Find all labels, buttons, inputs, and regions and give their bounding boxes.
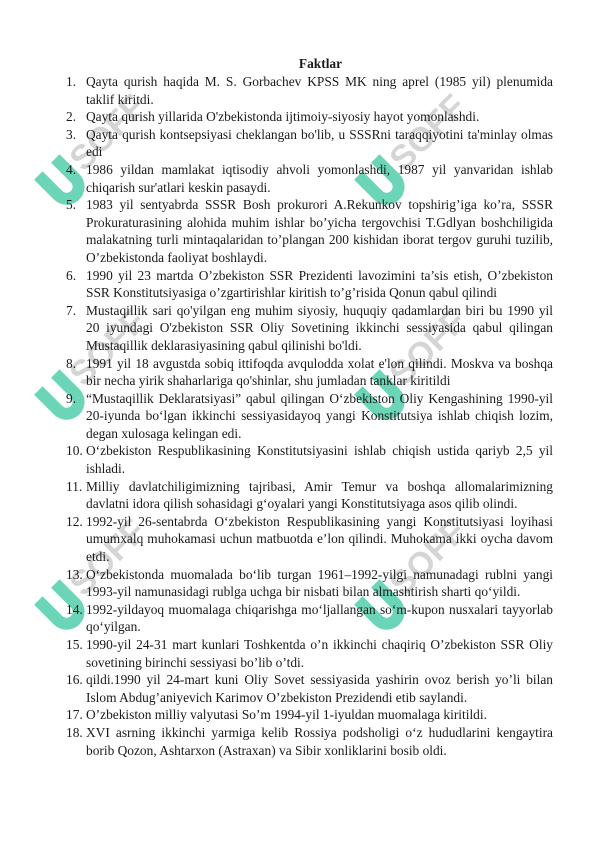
item-number: 10. — [66, 442, 83, 460]
page-title: Faktlar — [66, 55, 553, 73]
item-number: 13. — [66, 566, 83, 584]
list-item: 9.“Mustaqillik Deklaratsiyasi” qabul qil… — [66, 390, 553, 443]
list-item: 17.O’zbekiston milliy valyutasi So’m 199… — [66, 706, 553, 724]
item-number: 1. — [66, 73, 76, 91]
list-item: 6.1990 yil 23 martda O’zbekiston SSR Pre… — [66, 267, 553, 302]
item-text: 1990-yil 24-31 mart kunlari Toshkentda o… — [86, 637, 553, 670]
list-item: 2.Qayta qurish yillarida O'zbekistonda i… — [66, 108, 553, 126]
item-number: 6. — [66, 267, 76, 285]
item-text: 1990 yil 23 martda O’zbekiston SSR Prezi… — [86, 268, 553, 301]
item-text: 1992-yil 26-sentabrda O‘zbekiston Respub… — [86, 514, 553, 564]
item-text: Qayta qurish yillarida O'zbekistonda ijt… — [86, 109, 479, 124]
facts-list: 1.Qayta qurish haqida M. S. Gorbachev KP… — [66, 73, 553, 759]
list-item: 11.Milliy davlatchiligimizning tajribasi… — [66, 478, 553, 513]
item-text: 1986 yildan mamlakat iqtisodiy ahvoli yo… — [86, 162, 553, 195]
item-number: 2. — [66, 108, 76, 126]
item-number: 4. — [66, 161, 76, 179]
item-text: 1991 yil 18 avgustda sobiq ittifoqda avq… — [86, 356, 553, 389]
list-item: 13.O‘zbekistonda muomalada bo‘lib turgan… — [66, 566, 553, 601]
item-number: 18. — [66, 724, 83, 742]
list-item: 16.qildi.1990 yil 24-mart kuni Oliy Sove… — [66, 671, 553, 706]
item-text: Milliy davlatchiligimizning tajribasi, A… — [86, 479, 553, 512]
item-text: 1983 yil sentyabrda SSSR Bosh prokurori … — [86, 197, 553, 265]
list-item: 7.Mustaqillik sari qo'yilgan eng muhim s… — [66, 302, 553, 355]
item-number: 17. — [66, 706, 83, 724]
item-text: Mustaqillik sari qo'yilgan eng muhim siy… — [86, 303, 553, 353]
list-item: 8.1991 yil 18 avgustda sobiq ittifoqda a… — [66, 355, 553, 390]
item-text: O‘zbekistonda muomalada bo‘lib turgan 19… — [86, 567, 553, 600]
list-item: 18.XVI asrning ikkinchi yarmiga kelib Ro… — [66, 724, 553, 759]
item-number: 8. — [66, 355, 76, 373]
document-page: Faktlar 1.Qayta qurish haqida M. S. Gorb… — [66, 55, 553, 759]
item-text: XVI asrning ikkinchi yarmiga kelib Rossi… — [86, 725, 553, 758]
list-item: 14.1992-yildayoq muomalaga chiqarishga m… — [66, 601, 553, 636]
item-number: 5. — [66, 196, 76, 214]
item-number: 15. — [66, 636, 83, 654]
item-number: 7. — [66, 302, 76, 320]
item-text: O‘zbekiston Respublikasining Konstitutsi… — [86, 443, 553, 476]
list-item: 1.Qayta qurish haqida M. S. Gorbachev KP… — [66, 73, 553, 108]
list-item: 15.1990-yil 24-31 mart kunlari Toshkentd… — [66, 636, 553, 671]
item-number: 14. — [66, 601, 83, 619]
item-text: Qayta qurish haqida M. S. Gorbachev KPSS… — [86, 74, 553, 107]
item-text: qildi.1990 yil 24-mart kuni Oliy Sovet s… — [86, 672, 553, 705]
item-text: 1992-yildayoq muomalaga chiqarishga mo‘l… — [86, 602, 553, 635]
item-number: 12. — [66, 513, 83, 531]
list-item: 12.1992-yil 26-sentabrda O‘zbekiston Res… — [66, 513, 553, 566]
list-item: 4.1986 yildan mamlakat iqtisodiy ahvoli … — [66, 161, 553, 196]
item-text: “Mustaqillik Deklaratsiyasi” qabul qilin… — [86, 391, 553, 441]
item-number: 11. — [66, 478, 82, 496]
list-item: 5.1983 yil sentyabrda SSSR Bosh prokuror… — [66, 196, 553, 266]
item-text: O’zbekiston milliy valyutasi So’m 1994-y… — [86, 707, 487, 722]
item-number: 16. — [66, 671, 83, 689]
list-item: 3.Qayta qurish kontsepsiyasi cheklangan … — [66, 126, 553, 161]
list-item: 10.O‘zbekiston Respublikasining Konstitu… — [66, 442, 553, 477]
item-text: Qayta qurish kontsepsiyasi cheklangan bo… — [86, 127, 553, 160]
item-number: 9. — [66, 390, 76, 408]
item-number: 3. — [66, 126, 76, 144]
